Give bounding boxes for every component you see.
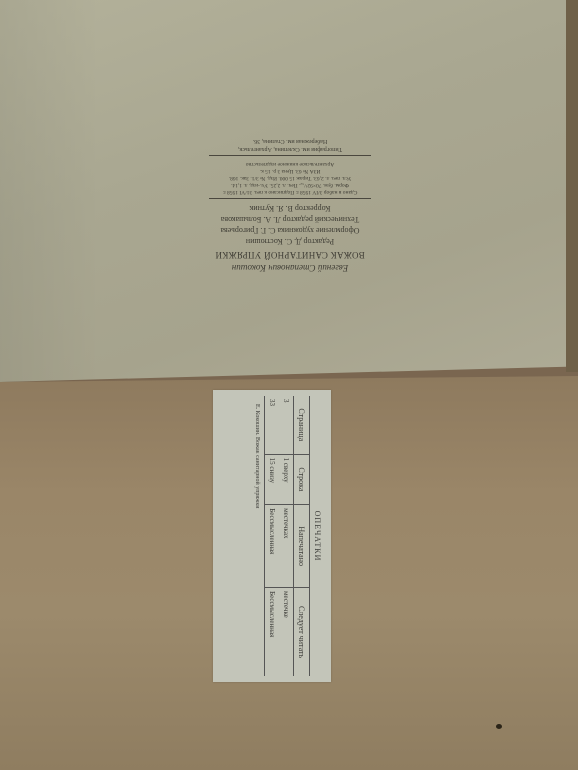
errata-row: 33 15 снизу Бессмысленная Бессмысленная <box>264 396 279 676</box>
column-header: Напечатано <box>294 505 310 588</box>
proofreader-credit: Корректор В. Я. Кутник <box>205 204 375 214</box>
print-detail-line: Сдано в набор 3/IV 1958 г. Подписано к п… <box>205 188 375 195</box>
divider <box>209 155 371 156</box>
print-detail-line: Архангельское книжное издательство <box>205 160 375 167</box>
tech-editor-credit: Технический редактор Л. А. Большакова <box>205 215 375 225</box>
errata-cell: 33 <box>264 396 279 454</box>
print-detail-line: ИЗА № 63. Цена 3 р. 15 к. <box>205 167 375 174</box>
errata-cell: 3 <box>279 396 294 454</box>
errata-cell: 15 снизу <box>264 454 279 505</box>
errata-card: ОПЕЧАТКИ Страница Строка Напечатано След… <box>213 390 331 682</box>
printer-info: Типография им. Склепина, Архангельск, На… <box>205 137 375 152</box>
print-detail-line: Форм. бум. 70×92¹/₃₂. Печ. л. 2,25. Уч.-… <box>205 181 375 188</box>
imprint-block: Евгений Степанович Кокошин ВОЖАК САНИТАР… <box>205 108 375 273</box>
divider <box>209 199 371 200</box>
editor-credit: Редактор Д. С. Костюшин <box>205 237 375 247</box>
printer-line: Набережная им. Сталина, 36. <box>205 137 375 145</box>
column-header: Строка <box>294 454 310 505</box>
errata-title: ОПЕЧАТКИ <box>313 396 322 676</box>
ink-spot <box>496 724 502 729</box>
column-header: Страница <box>294 396 310 454</box>
errata-cell: местечках <box>279 505 294 588</box>
errata-row: 3 1 сверху местечках местечке <box>279 396 294 676</box>
book-title: ВОЖАК САНИТАРНОЙ УПРЯЖКИ <box>205 249 375 260</box>
author-name: Евгений Степанович Кокошин <box>205 262 375 273</box>
printer-line: Типография им. Склепина, Архангельск, <box>205 144 375 152</box>
page-shadow <box>0 0 100 382</box>
errata-cell: Бессмысленная <box>264 505 279 588</box>
errata-content: ОПЕЧАТКИ Страница Строка Напечатано След… <box>218 396 326 676</box>
art-designer-credit: Оформление художника С. Г. Григорьева <box>205 226 375 236</box>
errata-cell: Бессмысленная <box>264 588 279 676</box>
print-detail-line: Усл. печ. л. 2,63. Тираж 15 000. Изд. № … <box>205 174 375 181</box>
errata-footer: Е. Кокошин. Вожак санитарной упряжки <box>254 396 260 676</box>
errata-cell: 1 сверху <box>279 454 294 505</box>
errata-header-row: Страница Строка Напечатано Следует читат… <box>294 396 310 676</box>
column-header: Следует читать <box>294 588 310 676</box>
errata-cell: местечке <box>279 588 294 676</box>
page-edge <box>566 0 578 372</box>
print-details: Сдано в набор 3/IV 1958 г. Подписано к п… <box>205 160 375 196</box>
errata-table: Страница Строка Напечатано Следует читат… <box>264 396 310 676</box>
